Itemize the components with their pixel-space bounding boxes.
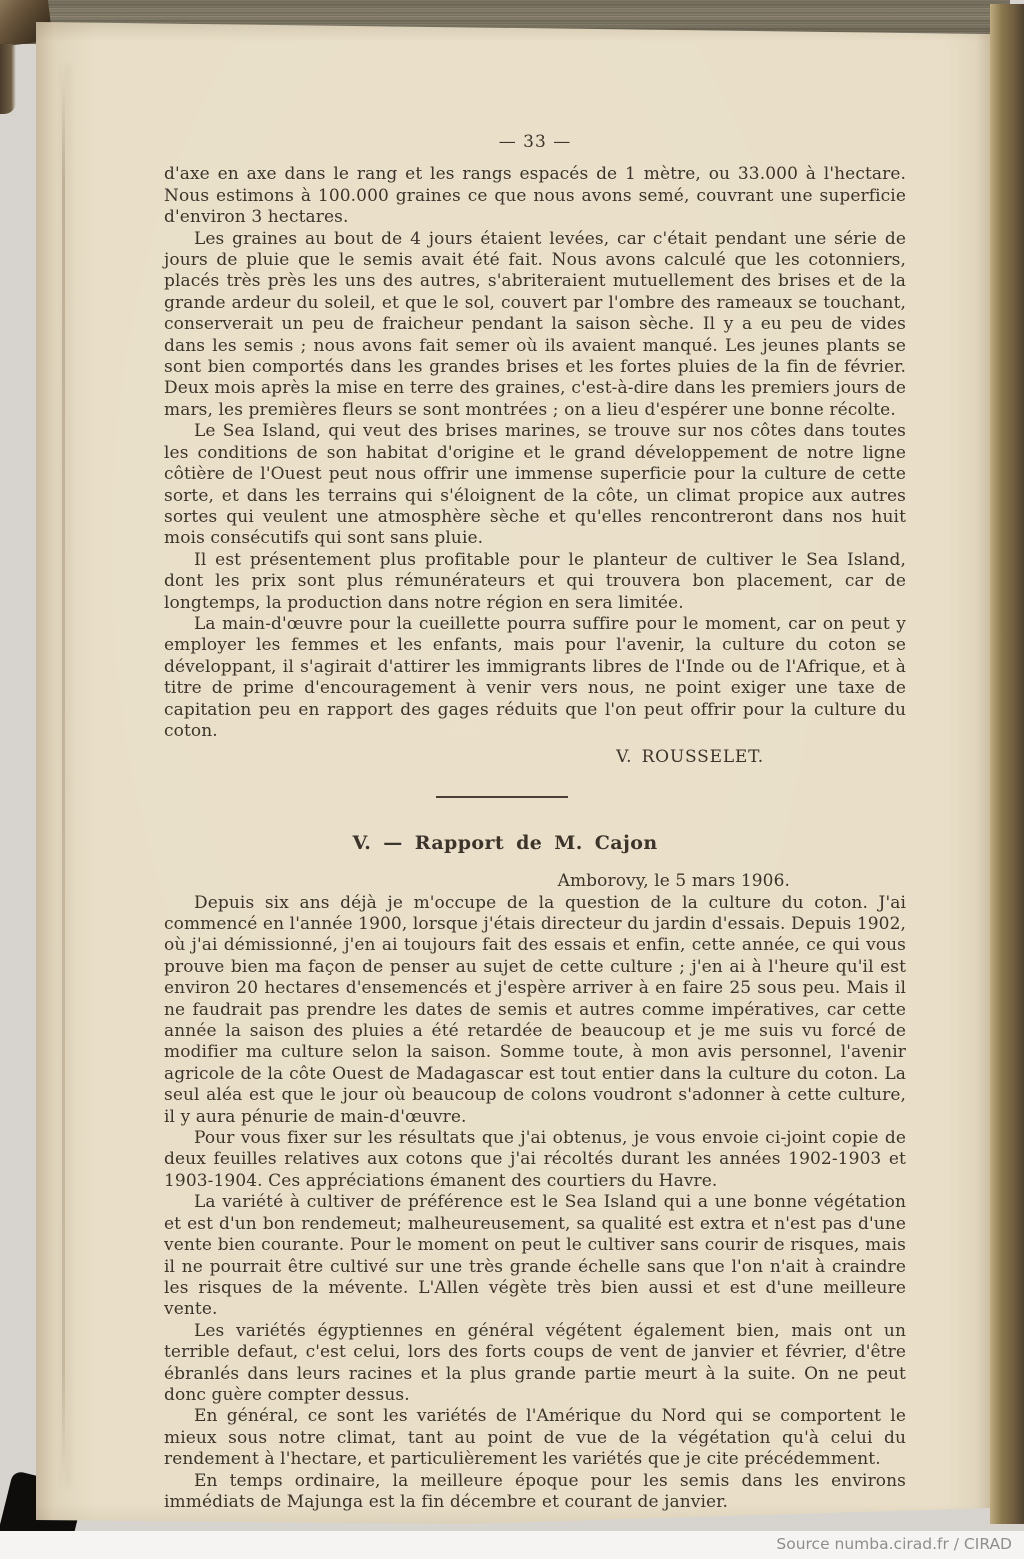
scanned-book-viewer: — 33 — d'axe en axe dans le rang et les … [0,0,1024,1559]
paragraph: d'axe en axe dans le rang et les rangs e… [164,164,906,228]
paragraph: Il est présentement plus profitable pour… [164,550,906,614]
paragraph: La variété à cultiver de préférence est … [164,1192,906,1320]
page-text-block: — 33 — d'axe en axe dans le rang et les … [164,132,906,1513]
paragraph: Depuis six ans déjà je m'occupe de la qu… [164,893,906,1128]
paragraph: En général, ce sont les variétés de l'Am… [164,1406,906,1470]
paragraph: En temps ordinaire, la meilleure époque … [164,1471,906,1514]
paragraph: Le Sea Island, qui veut des brises marin… [164,421,906,549]
source-attribution: Source numba.cirad.fr / CIRAD [0,1531,1024,1559]
book-cover-edge [990,4,1024,1524]
paragraph: Les variétés égyptiennes en général végé… [164,1321,906,1407]
report-signature: V. ROUSSELET. [164,747,906,768]
book-page: — 33 — d'axe en axe dans le rang et les … [36,20,990,1532]
section-divider [436,796,568,798]
page-gutter-crease [62,66,65,1486]
paragraph: La main-d'œuvre pour la cueillette pourr… [164,614,906,742]
section-heading: V. — Rapport de M. Cajon [134,833,876,854]
book-binding-edge [0,44,16,114]
page-number: — 33 — [164,132,906,153]
report-dateline: Amborovy, le 5 mars 1906. [164,871,906,892]
source-attribution-text: Source numba.cirad.fr / CIRAD [776,1535,1012,1553]
paragraph: Les graines au bout de 4 jours étaient l… [164,229,906,422]
paragraph: Pour vous fixer sur les résultats que j'… [164,1128,906,1192]
